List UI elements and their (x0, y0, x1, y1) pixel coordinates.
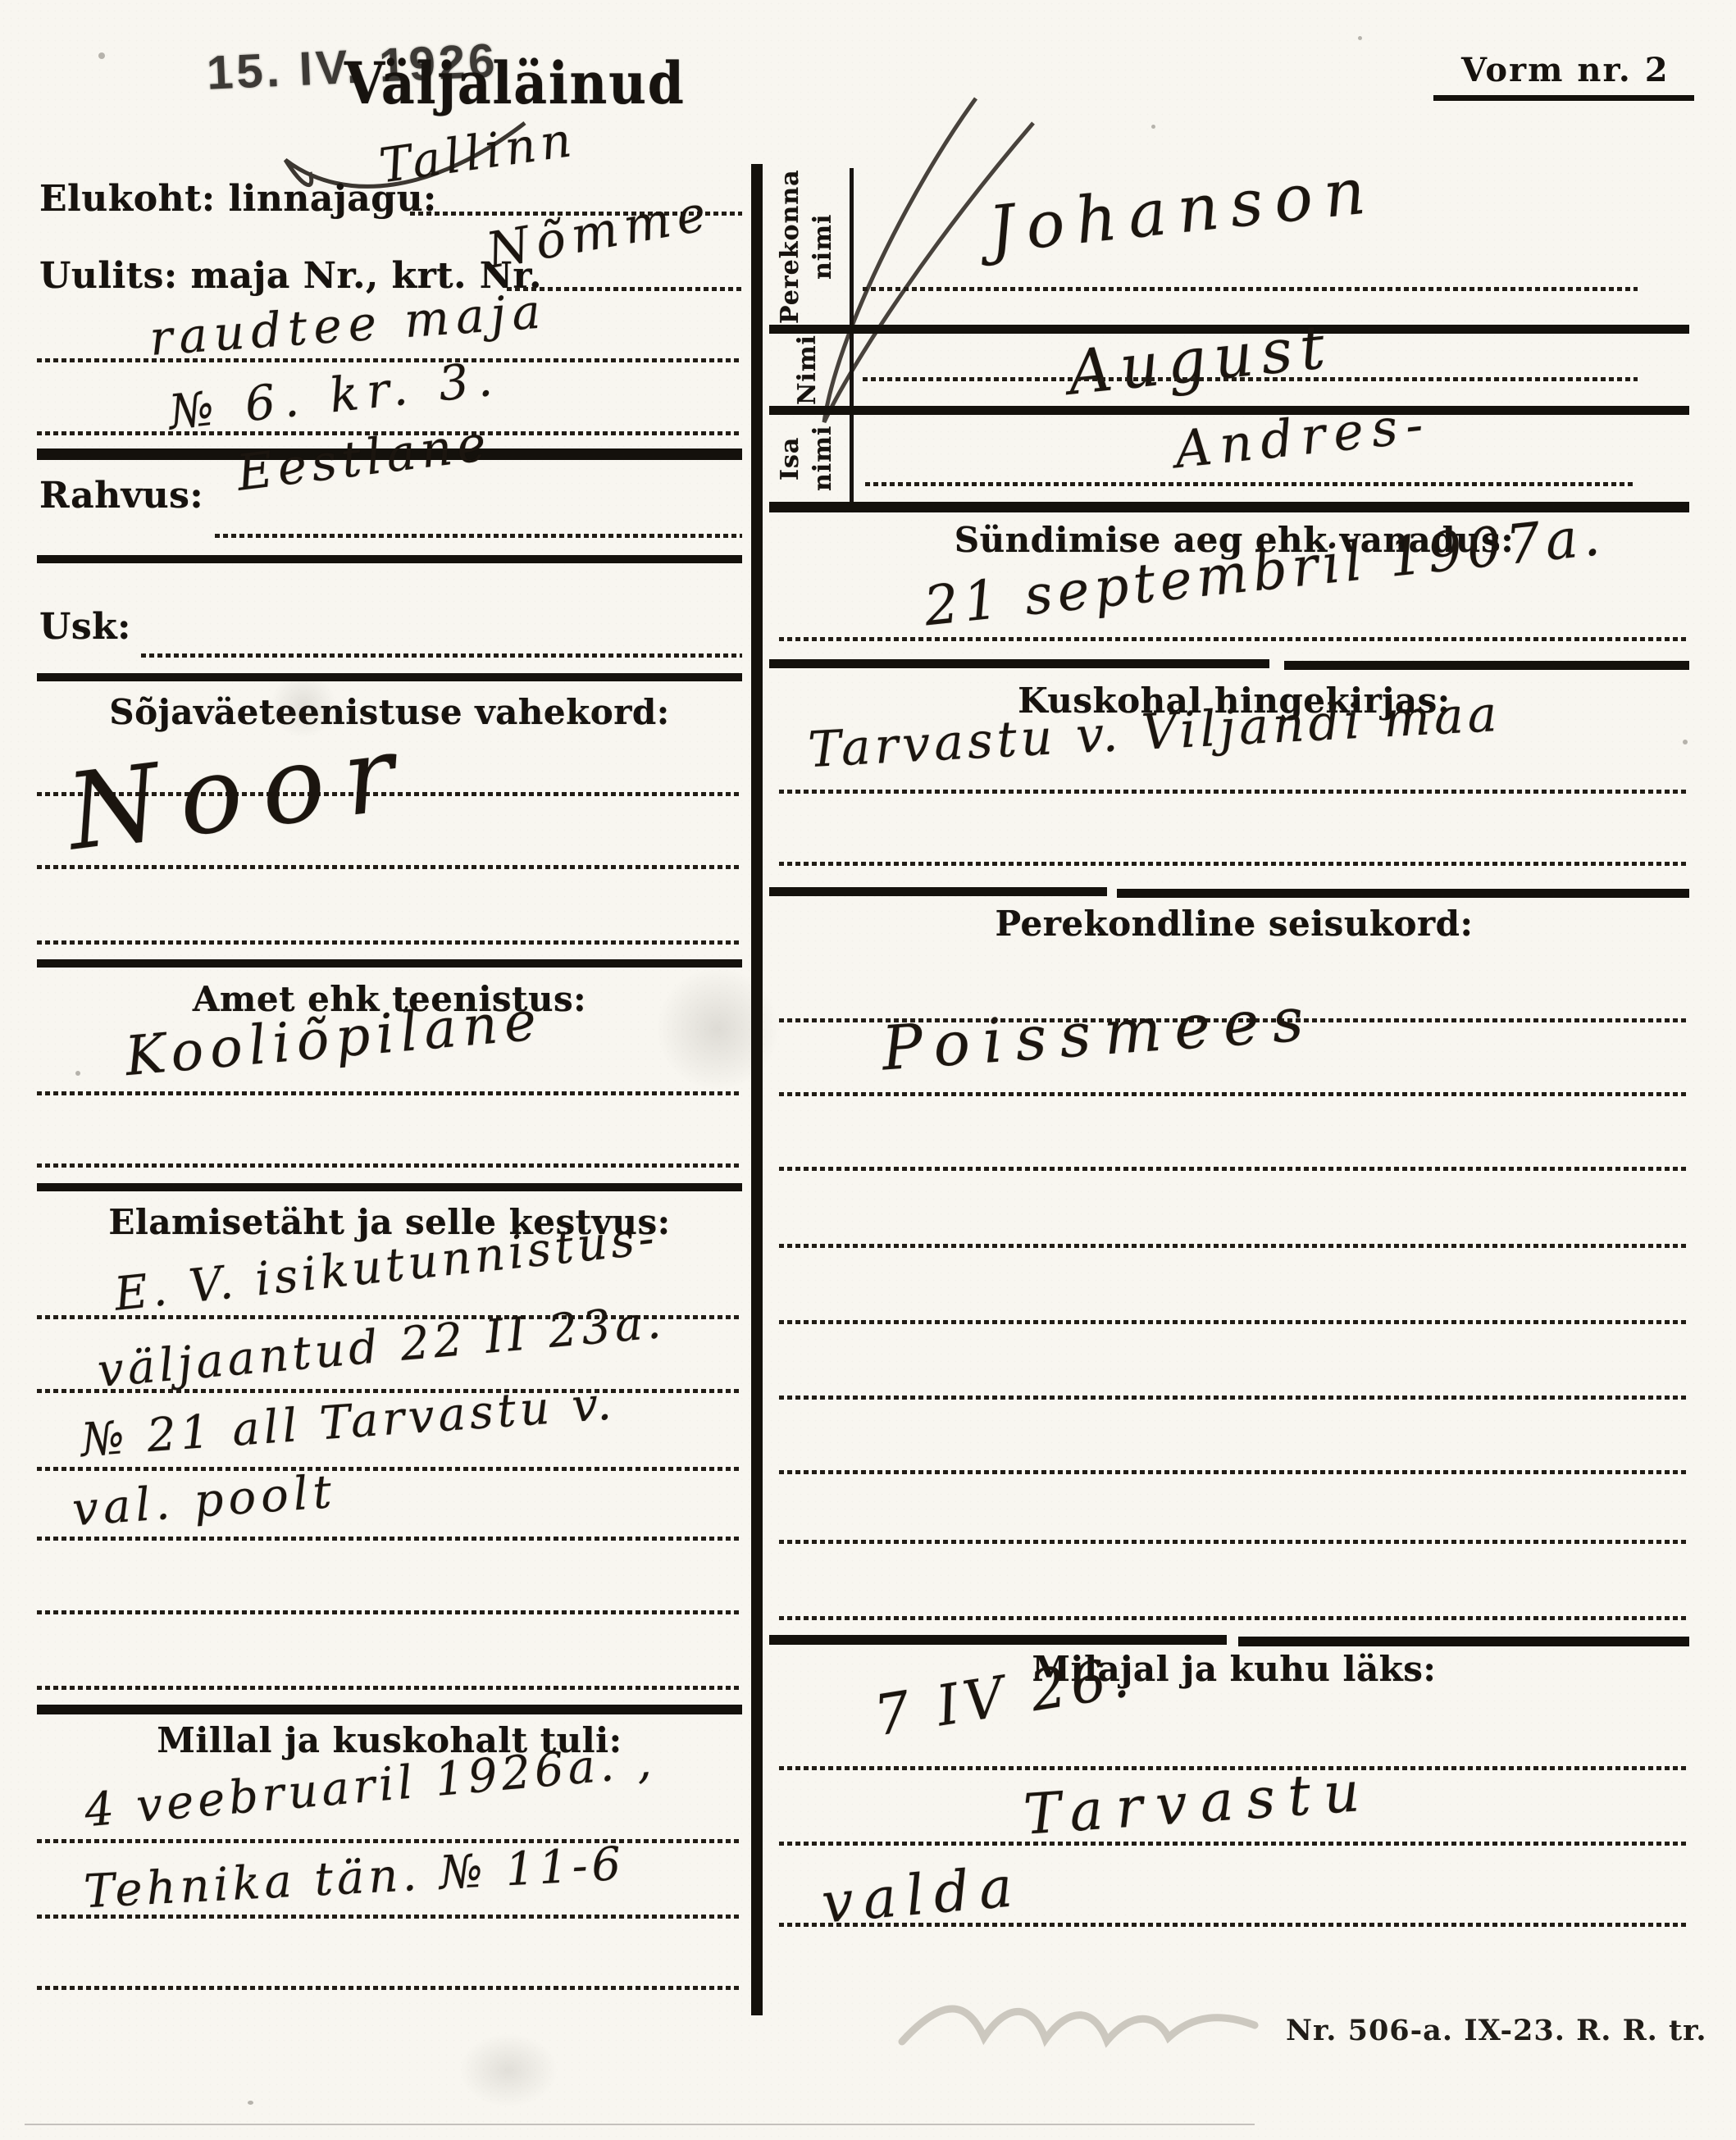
rule (37, 959, 742, 968)
dotted-line (779, 1092, 1689, 1096)
dotted-line (779, 1320, 1689, 1324)
paper-smudge (459, 2033, 558, 2107)
first-name-label-cell: Nimi (769, 334, 854, 406)
dotted-line (141, 653, 742, 658)
rule (1117, 889, 1689, 898)
residence-label: Elukoht: linnajagu: (39, 179, 437, 219)
dotted-line (779, 1396, 1689, 1400)
dotted-line (37, 1467, 742, 1471)
rule (37, 673, 742, 681)
dotted-line (779, 1842, 1689, 1846)
registration-card: 15. IV. 1926 Väljaläinud Vorm nr. 2 Eluk… (0, 0, 1736, 2140)
dotted-line (779, 790, 1689, 794)
paper-speck (1683, 740, 1688, 744)
paper-speck (75, 1071, 80, 1076)
arrival-line2: Tehnika tän. № 11-6 (83, 1837, 627, 1919)
form-number: Vorm nr. 2 (1461, 51, 1670, 89)
family-status-value: Poissmees (880, 984, 1319, 1085)
rule (1238, 1637, 1689, 1646)
dotted-line (779, 1167, 1689, 1171)
residence-permit-line4: val. poolt (71, 1465, 338, 1537)
rule (1284, 661, 1689, 670)
paper-speck (98, 52, 105, 59)
rule (37, 555, 742, 563)
print-code: Nr. 506-a. IX-23. R. R. tr. (1286, 2014, 1707, 2047)
dotted-line (779, 637, 1689, 641)
departure-line2: Tarvastu (1022, 1759, 1375, 1848)
dotted-line (37, 940, 742, 945)
dotted-line (37, 1091, 742, 1095)
rule (37, 1705, 742, 1714)
form-number-underline (1433, 95, 1694, 101)
column-divider (751, 164, 763, 2015)
page-title: Väljaläinud (344, 49, 686, 117)
dotted-line (863, 287, 1638, 291)
dotted-line (37, 1610, 742, 1614)
dotted-line (779, 1616, 1689, 1620)
pencil-scribble (894, 1980, 1271, 2062)
dotted-line (37, 1686, 742, 1690)
dotted-line (37, 865, 742, 869)
dotted-line (37, 1537, 742, 1541)
dotted-line (779, 1540, 1689, 1544)
paper-speck (248, 2101, 253, 2105)
rule (37, 1183, 742, 1191)
religion-label: Usk: (39, 607, 131, 647)
dotted-line (779, 862, 1689, 866)
military-value: Noor (61, 711, 420, 874)
dotted-line (779, 1244, 1689, 1248)
dotted-line (215, 534, 742, 538)
scan-edge-line (25, 2124, 1255, 2125)
father-name-label-cell: Isa nimi (769, 415, 854, 502)
paper-speck (1358, 36, 1362, 40)
nationality-label: Rahvus: (39, 476, 203, 516)
paper-speck (1151, 125, 1155, 129)
family-status-label: Perekondline seisukord: (779, 905, 1689, 943)
father-name-label: Isa nimi (774, 415, 845, 502)
dotted-line (779, 1923, 1689, 1927)
first-name-label: Nimi (791, 334, 827, 406)
dotted-line (863, 377, 1638, 381)
rule (769, 659, 1269, 668)
dotted-line (865, 482, 1636, 486)
rule (769, 1635, 1227, 1645)
dotted-line (37, 1915, 742, 1919)
rule (769, 887, 1107, 896)
dotted-line (37, 1839, 742, 1843)
dotted-line (37, 1986, 742, 1990)
dotted-line (37, 1163, 742, 1168)
dotted-line (779, 1470, 1689, 1474)
